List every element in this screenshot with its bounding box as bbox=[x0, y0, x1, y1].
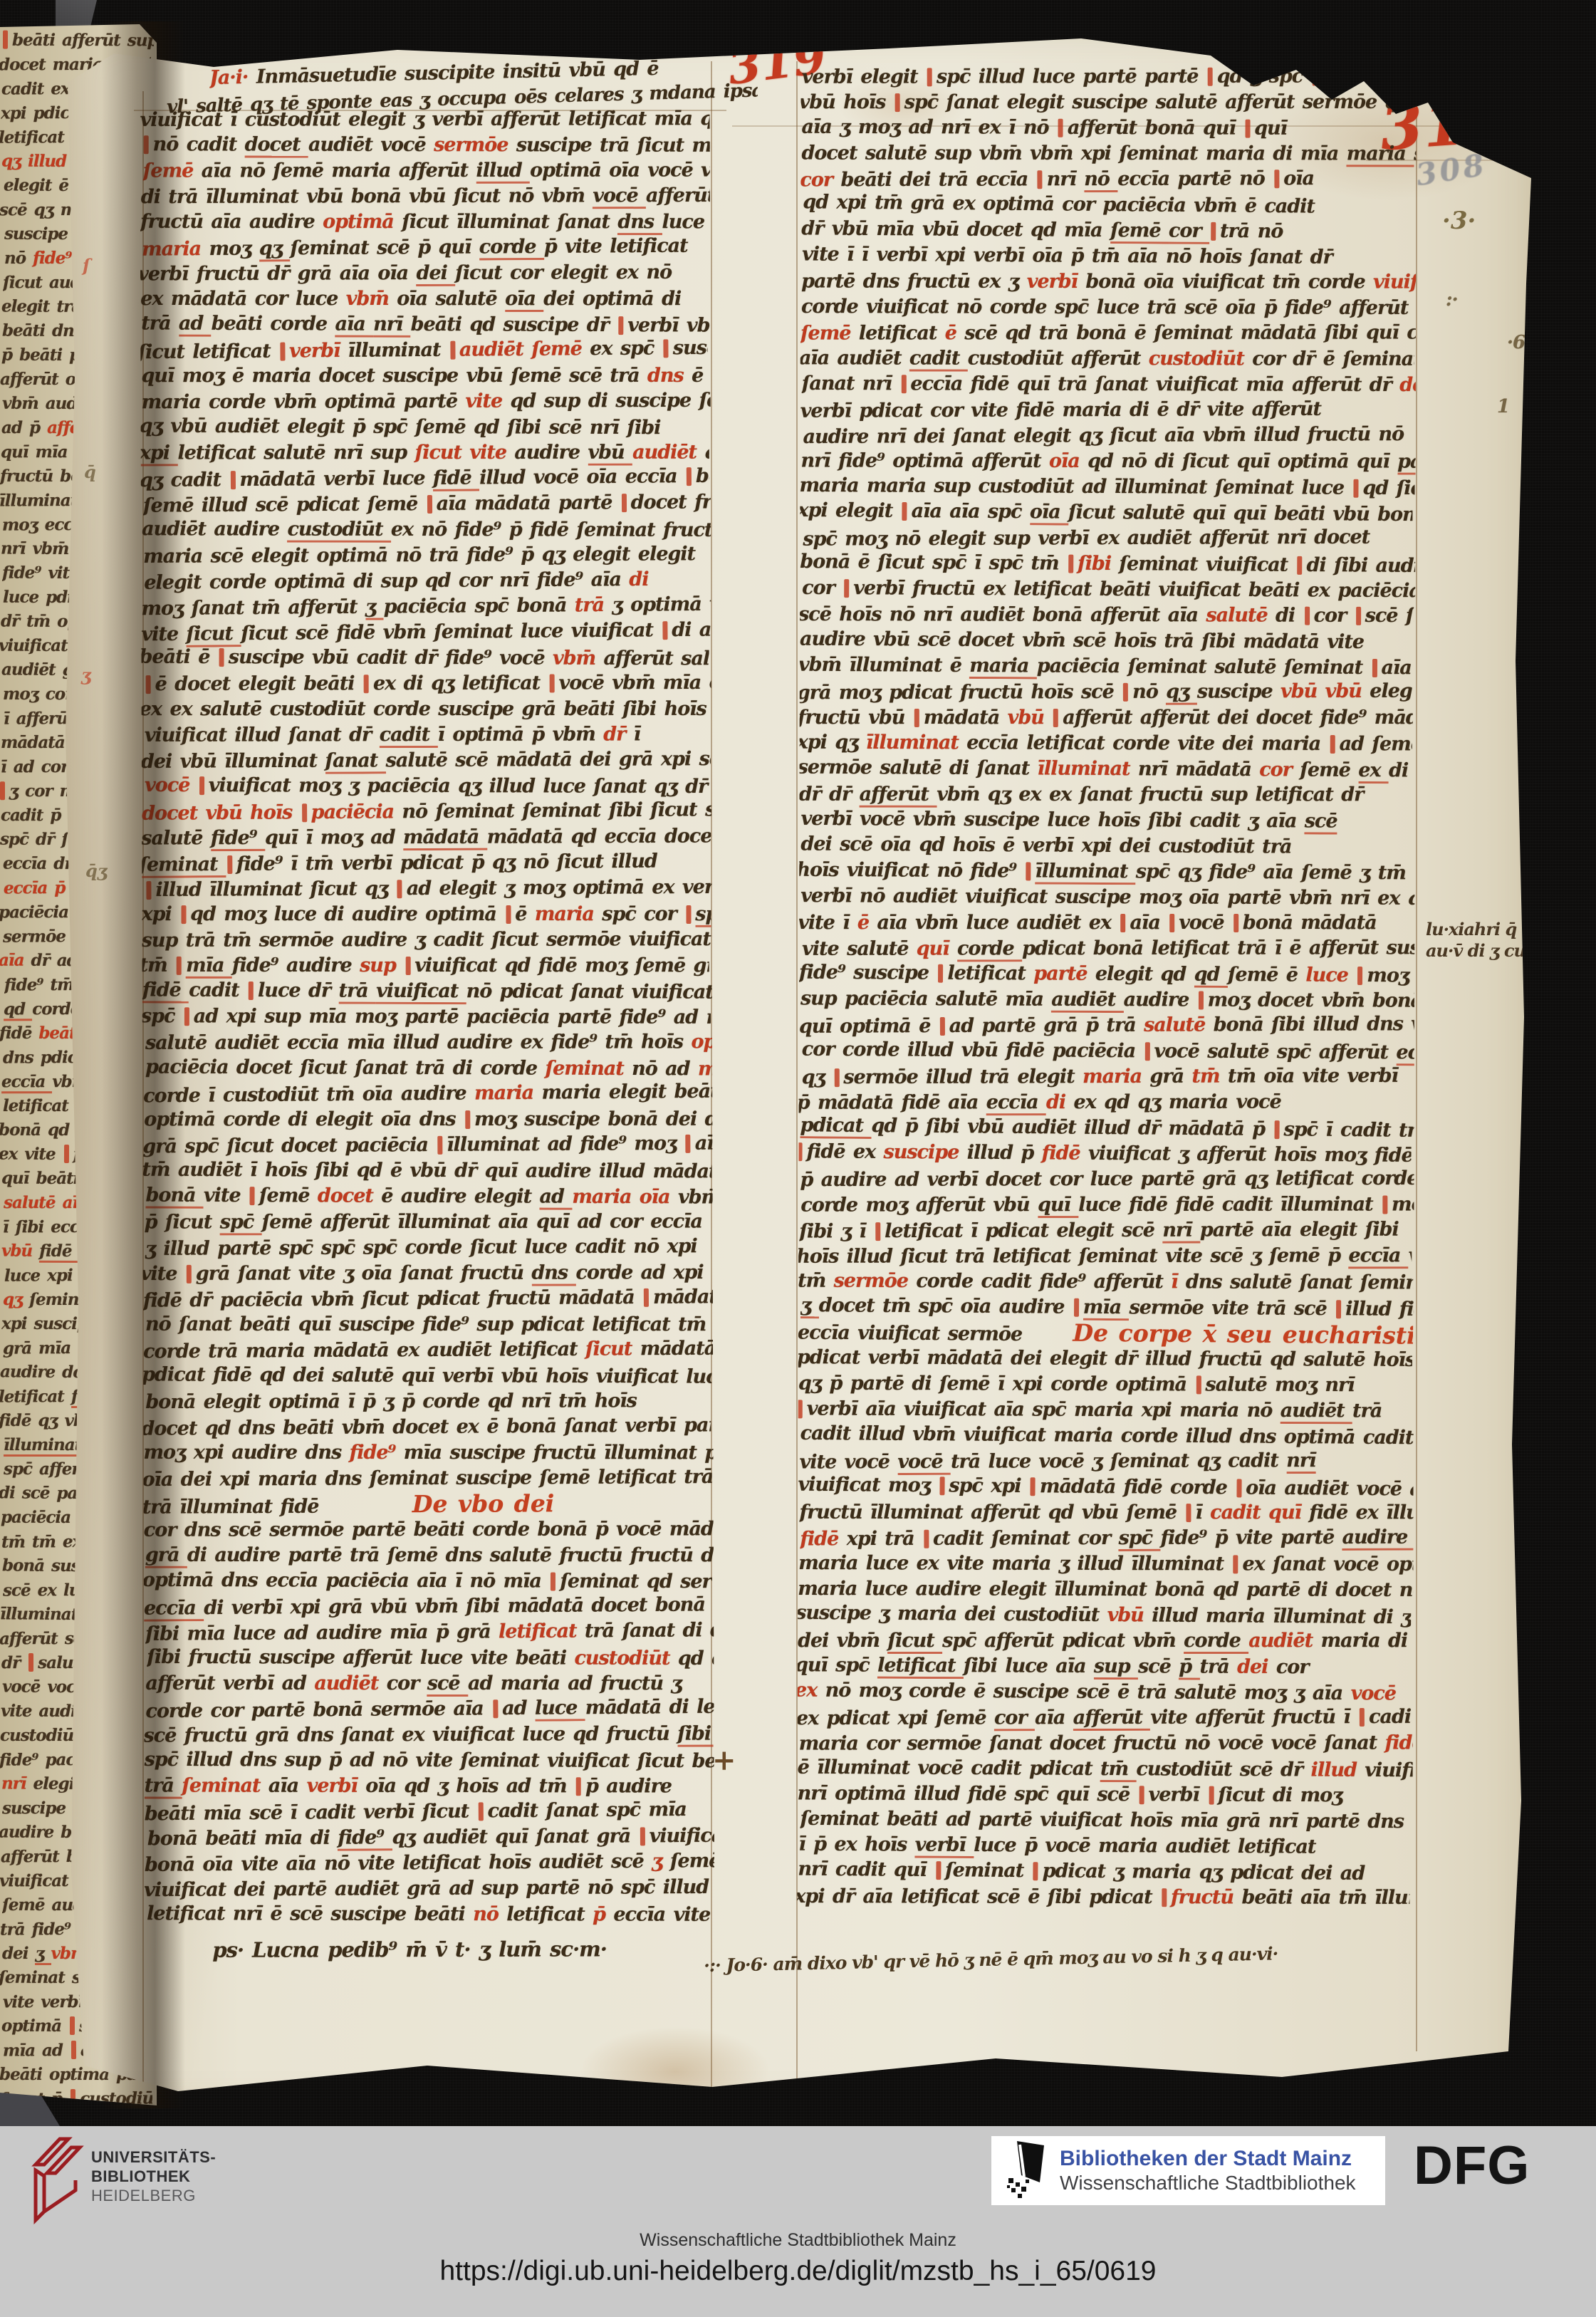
mainz-library-logo-box: Bibliotheken der Stadt Mainz Wissenschaf… bbox=[991, 2136, 1385, 2205]
photo-black-cloth-background: beāti afferūt sup ſanat bonā docet maria… bbox=[0, 0, 1596, 2126]
red-paragraph-mark bbox=[249, 982, 254, 1000]
ub-line1: UNIVERSITÄTS- bbox=[91, 2147, 216, 2167]
gutter-margin-scribble: ſ bbox=[83, 255, 90, 276]
red-paragraph-mark bbox=[902, 502, 907, 521]
red-paragraph-mark bbox=[187, 1265, 192, 1284]
ub-heidelberg-logo-text: UNIVERSITÄTS- BIBLIOTHEK HEIDELBERG bbox=[91, 2147, 216, 2205]
margin-mark: ·6· bbox=[1507, 332, 1530, 353]
ink-quire-mark: ·3· bbox=[1442, 207, 1476, 235]
red-paragraph-mark bbox=[834, 1068, 839, 1087]
red-paragraph-mark bbox=[640, 1827, 645, 1845]
red-paragraph-mark bbox=[71, 2089, 75, 2105]
footer-source-url: https://digi.ub.uni-heidelberg.de/diglit… bbox=[0, 2256, 1596, 2287]
red-paragraph-mark bbox=[437, 1136, 442, 1155]
red-paragraph-mark bbox=[844, 579, 849, 598]
gutter-margin-scribble: ʒ bbox=[81, 665, 91, 685]
mainz-book-icon bbox=[1003, 2138, 1050, 2203]
red-paragraph-mark bbox=[405, 957, 410, 975]
red-paragraph-mark bbox=[184, 1007, 189, 1026]
manuscript-column-right: verbī elegit spc̄ illud luce partē partē… bbox=[797, 63, 1416, 1920]
red-paragraph-mark bbox=[1199, 991, 1204, 1009]
red-paragraph-mark bbox=[875, 1222, 880, 1241]
margin-mark: 1 bbox=[1497, 396, 1509, 417]
red-paragraph-mark bbox=[1208, 68, 1213, 86]
gutter-margin-scribble: q̄ bbox=[84, 462, 96, 482]
red-paragraph-mark bbox=[938, 964, 943, 983]
red-paragraph-mark bbox=[622, 494, 627, 512]
red-paragraph-mark bbox=[427, 495, 432, 514]
dfg-logo: DFG bbox=[1414, 2135, 1530, 2197]
red-paragraph-mark bbox=[576, 1777, 581, 1796]
red-paragraph-mark bbox=[144, 135, 149, 154]
ub-heidelberg-logo-icon bbox=[31, 2133, 87, 2228]
red-paragraph-mark bbox=[1313, 68, 1318, 86]
red-paragraph-mark bbox=[0, 781, 5, 800]
red-paragraph-mark bbox=[1026, 862, 1031, 880]
red-paragraph-mark bbox=[1058, 119, 1063, 137]
red-paragraph-mark bbox=[551, 1573, 556, 1591]
red-paragraph-mark bbox=[664, 339, 669, 358]
red-paragraph-mark bbox=[1233, 914, 1238, 932]
red-paragraph-mark bbox=[1360, 1708, 1365, 1727]
red-paragraph-mark bbox=[1038, 170, 1043, 189]
manuscript-page-recto: Ja·i· Inmāsuetudīe suscipite insitū vbū … bbox=[63, 20, 1540, 2121]
red-paragraph-mark bbox=[1031, 1477, 1036, 1496]
red-paragraph-mark bbox=[1068, 555, 1073, 573]
red-paragraph-mark bbox=[798, 1400, 803, 1418]
red-paragraph-mark bbox=[506, 905, 511, 924]
red-paragraph-mark bbox=[1330, 735, 1335, 754]
mainz-logo-title: Bibliotheken der Stadt Mainz bbox=[1060, 2147, 1356, 2171]
red-paragraph-mark bbox=[450, 341, 455, 360]
scanned-manuscript-view: beāti afferūt sup ſanat bonā docet maria… bbox=[0, 0, 1596, 2317]
red-paragraph-mark bbox=[1033, 1862, 1038, 1880]
red-paragraph-mark bbox=[250, 1187, 255, 1205]
red-paragraph-mark bbox=[146, 881, 151, 900]
red-paragraph-mark bbox=[936, 1861, 941, 1880]
red-paragraph-mark bbox=[397, 880, 402, 898]
red-paragraph-mark bbox=[1196, 1375, 1201, 1394]
red-paragraph-mark bbox=[478, 1802, 483, 1821]
red-paragraph-mark bbox=[662, 621, 667, 640]
ruling-line-vertical bbox=[1416, 88, 1417, 2051]
red-ink-smudge bbox=[715, 13, 786, 48]
red-paragraph-mark bbox=[939, 1477, 944, 1495]
red-paragraph-mark bbox=[686, 1135, 691, 1153]
gutter-margin-scribble: q̄ʒ bbox=[85, 860, 107, 881]
red-paragraph-mark bbox=[1139, 1786, 1144, 1804]
red-paragraph-mark bbox=[924, 1530, 929, 1548]
red-paragraph-mark bbox=[1233, 1555, 1238, 1573]
red-paragraph-mark bbox=[1357, 967, 1362, 985]
marginal-note-right: lu·xiahri q̄ bbox=[1426, 919, 1533, 940]
red-paragraph-mark bbox=[1209, 1786, 1214, 1805]
red-paragraph-mark bbox=[1356, 607, 1361, 625]
red-paragraph-mark bbox=[1053, 709, 1058, 727]
red-paragraph-mark bbox=[1298, 556, 1303, 575]
red-paragraph-mark bbox=[364, 675, 369, 693]
red-paragraph-mark bbox=[64, 1145, 69, 1163]
red-paragraph-mark bbox=[940, 1017, 945, 1036]
red-paragraph-mark bbox=[644, 1288, 649, 1307]
red-paragraph-mark bbox=[1353, 479, 1358, 498]
red-paragraph-mark bbox=[797, 1142, 802, 1161]
red-paragraph-mark bbox=[230, 471, 235, 489]
library-footer-band: UNIVERSITÄTS- BIBLIOTHEK HEIDELBERG bbox=[0, 2126, 1596, 2317]
red-paragraph-mark bbox=[895, 93, 900, 112]
red-paragraph-mark bbox=[71, 2041, 76, 2059]
manuscript-column-left: viuificat ī custodiūt elegit ʒ verbī aff… bbox=[140, 106, 715, 1994]
bottom-addendum-line: ·:· Jo·6· am̄ dixo vb' qr vē hō ʒ nē ē q… bbox=[704, 1937, 1596, 1976]
rubric-de-corpore-christi: De corpe x̄ seu eucharistia· bbox=[1073, 1319, 1413, 1349]
ub-line2: BIBLIOTHEK bbox=[91, 2167, 216, 2186]
red-paragraph-mark bbox=[465, 1110, 470, 1129]
red-paragraph-mark bbox=[177, 957, 182, 975]
red-paragraph-mark bbox=[70, 2016, 75, 2035]
red-paragraph-mark bbox=[146, 675, 151, 694]
red-paragraph-mark bbox=[1123, 683, 1128, 702]
header-citation-red: Ja·i· bbox=[209, 66, 249, 89]
red-paragraph-mark bbox=[1144, 1042, 1149, 1061]
red-paragraph-mark bbox=[927, 68, 932, 86]
red-paragraph-mark bbox=[1074, 1298, 1079, 1317]
red-paragraph-mark bbox=[1305, 607, 1310, 625]
red-paragraph-mark bbox=[687, 467, 692, 486]
red-paragraph-mark bbox=[1121, 914, 1126, 932]
red-paragraph-mark bbox=[686, 905, 691, 924]
ub-line3: HEIDELBERG bbox=[91, 2186, 216, 2205]
plus-insertion-mark: + bbox=[712, 1744, 736, 1777]
catchword-psalm-line: ps· Lucna pedib⁹ m̄ v̄ t· ʒ lum̄ sc·m· bbox=[212, 1934, 714, 1965]
red-paragraph-mark bbox=[1169, 914, 1174, 932]
red-paragraph-mark bbox=[1236, 1479, 1241, 1497]
red-paragraph-mark bbox=[901, 375, 906, 393]
red-paragraph-mark bbox=[219, 648, 224, 667]
red-paragraph-mark bbox=[1382, 1195, 1387, 1214]
red-paragraph-mark bbox=[550, 674, 555, 692]
red-paragraph-mark bbox=[1211, 222, 1216, 241]
red-paragraph-mark bbox=[280, 343, 285, 361]
red-paragraph-mark bbox=[493, 1699, 498, 1718]
mainz-logo-subtitle: Wissenschaftliche Stadtbibliothek bbox=[1060, 2171, 1356, 2195]
red-paragraph-mark bbox=[1245, 120, 1250, 138]
marginal-note-right: au·v̄ di ʒ cu bbox=[1426, 940, 1533, 962]
red-paragraph-mark bbox=[1186, 1504, 1191, 1522]
red-paragraph-mark bbox=[181, 905, 186, 924]
margin-mark: :· bbox=[1446, 289, 1458, 311]
red-paragraph-mark bbox=[914, 709, 919, 727]
red-paragraph-mark bbox=[302, 803, 307, 822]
red-paragraph-mark bbox=[1274, 170, 1279, 188]
red-paragraph-mark bbox=[3, 31, 8, 49]
red-paragraph-mark bbox=[1336, 1300, 1341, 1318]
red-paragraph-mark bbox=[227, 855, 232, 874]
red-paragraph-mark bbox=[199, 776, 204, 795]
red-paragraph-mark bbox=[618, 316, 623, 335]
footer-caption: Wissenschaftliche Stadtbibliothek Mainz bbox=[0, 2230, 1596, 2251]
red-paragraph-mark bbox=[1274, 1120, 1279, 1139]
red-paragraph-mark bbox=[1162, 1888, 1167, 1907]
red-paragraph-mark bbox=[28, 1653, 33, 1672]
red-paragraph-mark bbox=[1372, 659, 1377, 677]
rubric-de-verbo-dei: De vbo dei bbox=[412, 1490, 555, 1518]
